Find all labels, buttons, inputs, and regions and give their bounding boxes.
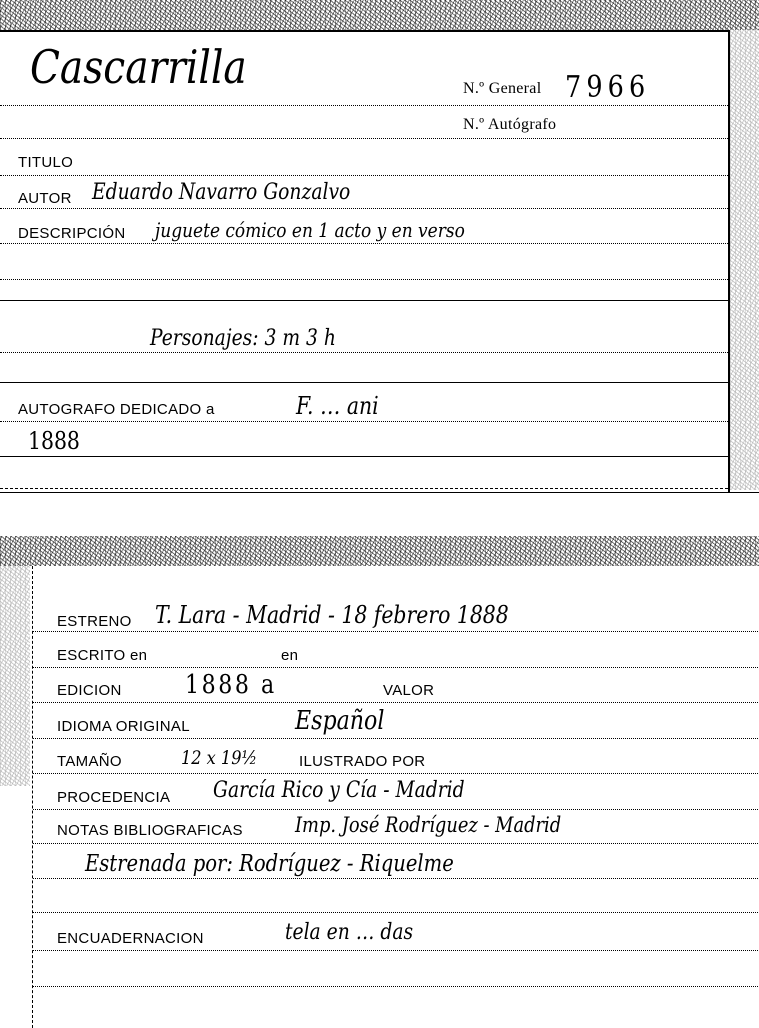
procedencia-label: PROCEDENCIA bbox=[57, 789, 170, 806]
edicion-label: EDICION bbox=[57, 682, 122, 699]
numero-autografo-label: N.º Autógrafo bbox=[463, 116, 556, 134]
tamano-value: 12 x 19½ bbox=[181, 747, 257, 769]
scan-border-middle bbox=[0, 536, 759, 566]
rule-b1 bbox=[33, 631, 759, 632]
notas-value: Imp. José Rodríguez - Madrid bbox=[295, 813, 561, 837]
field-autor-value: Eduardo Navarro Gonzalvo bbox=[92, 180, 350, 205]
rule-b4 bbox=[33, 738, 759, 739]
rule-10 bbox=[0, 421, 728, 422]
field-titulo-label: TITULO bbox=[18, 154, 73, 171]
rule-b8 bbox=[33, 878, 759, 879]
card-separator bbox=[0, 492, 759, 493]
scan-border-right bbox=[730, 30, 759, 490]
rule-3 bbox=[0, 175, 728, 176]
field-descripcion-value: juguete cómico en 1 acto y en verso bbox=[155, 218, 465, 242]
rule-b6 bbox=[33, 809, 759, 810]
edicion-value: 1888 a bbox=[185, 670, 277, 700]
rule-2 bbox=[0, 138, 728, 139]
personajes-note: Personajes: 3 m 3 h bbox=[150, 326, 336, 351]
rule-b2 bbox=[33, 667, 759, 668]
rule-7 bbox=[0, 300, 728, 301]
tamano-label: TAMAÑO bbox=[57, 753, 122, 770]
rule-12 bbox=[0, 488, 728, 489]
scan-border-left bbox=[0, 566, 30, 786]
rule-b5 bbox=[33, 773, 759, 774]
encuadernacion-value: tela en … das bbox=[285, 920, 413, 945]
procedencia-value: García Rico y Cía - Madrid bbox=[213, 778, 465, 803]
catalog-card-front: Cascarrilla N.º General 7966 N.º Autógra… bbox=[0, 30, 730, 492]
rule-6 bbox=[0, 279, 728, 280]
notas-label: NOTAS BIBLIOGRAFICAS bbox=[57, 822, 243, 839]
field-autor-label: AUTOR bbox=[18, 190, 72, 207]
rule-b10 bbox=[33, 950, 759, 951]
numero-general-label: N.º General bbox=[463, 80, 541, 98]
rule-5 bbox=[0, 243, 728, 244]
escrito-label: ESCRITO en bbox=[57, 647, 147, 664]
rule-1 bbox=[0, 105, 728, 106]
rule-b7 bbox=[33, 843, 759, 844]
title-handwritten: Cascarrilla bbox=[30, 40, 247, 94]
escrito-en-label: en bbox=[281, 647, 298, 664]
rule-b3 bbox=[33, 702, 759, 703]
rule-b11 bbox=[33, 986, 759, 987]
encuadernacion-label: ENCUADERNACION bbox=[57, 930, 204, 947]
ilustrado-label: ILUSTRADO POR bbox=[299, 753, 425, 770]
rule-9 bbox=[0, 382, 728, 383]
autografo-dedicado-label: AUTOGRAFO DEDICADO a bbox=[18, 401, 215, 418]
rule-11 bbox=[0, 456, 728, 457]
scan-border-top bbox=[0, 0, 759, 30]
idioma-label: IDIOMA ORIGINAL bbox=[57, 718, 190, 735]
rule-8 bbox=[0, 352, 728, 353]
notas-continuation: Estrenada por: Rodríguez - Riquelme bbox=[85, 851, 454, 877]
idioma-value: Español bbox=[295, 706, 384, 736]
autografo-dedicado-value: F. … ani bbox=[296, 392, 379, 420]
catalog-card-back: ESTRENO T. Lara - Madrid - 18 febrero 18… bbox=[32, 566, 759, 1028]
estreno-label: ESTRENO bbox=[57, 613, 132, 630]
field-descripcion-label: DESCRIPCIÓN bbox=[18, 225, 125, 242]
estreno-value: T. Lara - Madrid - 18 febrero 1888 bbox=[155, 601, 509, 629]
rule-4 bbox=[0, 208, 728, 209]
numero-general-value: 7966 bbox=[565, 70, 650, 105]
valor-label: VALOR bbox=[383, 682, 434, 699]
year-note: 1888 bbox=[28, 427, 80, 455]
rule-b9 bbox=[33, 912, 759, 913]
